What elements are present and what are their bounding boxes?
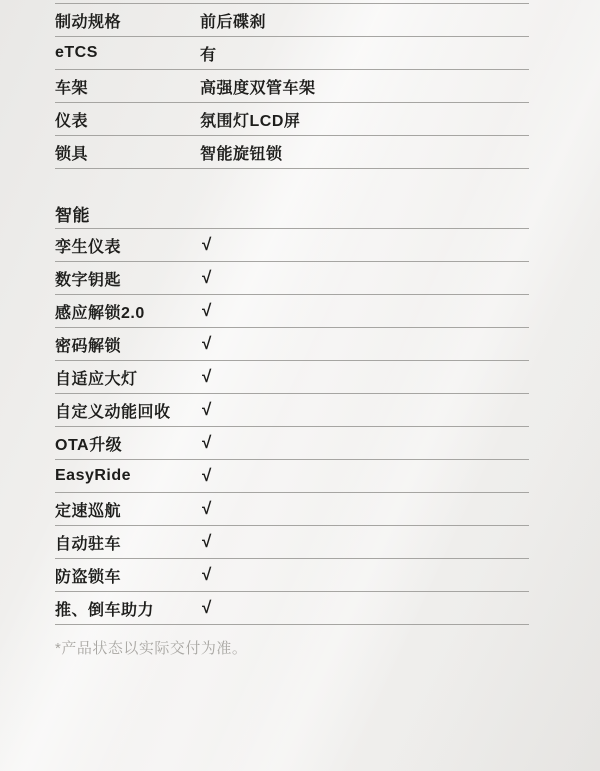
check-mark: √: [200, 268, 211, 288]
spec-row-dashboard: 仪表 氛围灯LCD屏: [55, 103, 529, 136]
check-mark: √: [200, 367, 211, 387]
check-mark: √: [200, 433, 211, 453]
smart-row-custom-regen: 自定义动能回收 √: [55, 394, 529, 427]
spec-row-frame: 车架 高强度双管车架: [55, 70, 529, 103]
feature-label: 孪生仪表: [55, 234, 200, 257]
spec-label: 车架: [55, 75, 200, 98]
feature-label: 数字钥匙: [55, 267, 200, 290]
spec-label: 锁具: [55, 141, 200, 164]
spec-row-lock: 锁具 智能旋钮锁: [55, 136, 529, 169]
smart-row-digital-key: 数字钥匙 √: [55, 262, 529, 295]
section-title-smart: 智能: [55, 204, 529, 229]
smart-row-twin-dashboard: 孪生仪表 √: [55, 229, 529, 262]
spec-sheet-page: 制动规格 前后碟刹 eTCS 有 车架 高强度双管车架 仪表 氛围灯LCD屏 锁…: [0, 0, 600, 771]
smart-row-password-unlock: 密码解锁 √: [55, 328, 529, 361]
feature-label: 自定义动能回收: [55, 399, 200, 422]
smart-row-push-reverse-assist: 推、倒车助力 √: [55, 592, 529, 625]
feature-label: 自动驻车: [55, 531, 200, 554]
check-mark: √: [200, 598, 211, 618]
feature-label: 自适应大灯: [55, 366, 200, 389]
check-mark: √: [200, 499, 211, 519]
disclaimer-note: *产品状态以实际交付为准。: [55, 638, 529, 660]
spec-value: 高强度双管车架: [200, 75, 316, 98]
smart-row-sensor-unlock: 感应解锁2.0 √: [55, 295, 529, 328]
smart-row-ota: OTA升级 √: [55, 427, 529, 460]
feature-label: 感应解锁2.0: [55, 300, 200, 323]
smart-row-easyride: EasyRide √: [55, 460, 529, 493]
spec-label: 仪表: [55, 108, 200, 131]
spec-value: 前后碟刹: [200, 9, 266, 32]
smart-row-auto-hold: 自动驻车 √: [55, 526, 529, 559]
smart-row-anti-theft: 防盗锁车 √: [55, 559, 529, 592]
check-mark: √: [200, 301, 211, 321]
spec-value: 智能旋钮锁: [200, 141, 283, 164]
check-mark: √: [200, 466, 211, 486]
check-mark: √: [200, 400, 211, 420]
spec-value: 氛围灯LCD屏: [200, 108, 300, 131]
feature-label: EasyRide: [55, 467, 200, 485]
spec-label: eTCS: [55, 44, 200, 62]
check-mark: √: [200, 565, 211, 585]
spec-content: 制动规格 前后碟刹 eTCS 有 车架 高强度双管车架 仪表 氛围灯LCD屏 锁…: [0, 0, 600, 660]
feature-label: 防盗锁车: [55, 564, 200, 587]
smart-feature-table: 孪生仪表 √ 数字钥匙 √ 感应解锁2.0 √ 密码解锁 √ 自适应大灯 √ 自…: [55, 229, 529, 625]
feature-label: 密码解锁: [55, 333, 200, 356]
general-spec-table: 制动规格 前后碟刹 eTCS 有 车架 高强度双管车架 仪表 氛围灯LCD屏 锁…: [55, 3, 529, 169]
check-mark: √: [200, 532, 211, 552]
spec-value: 有: [200, 42, 217, 65]
spec-row-brakes: 制动规格 前后碟刹: [55, 4, 529, 37]
feature-label: 定速巡航: [55, 498, 200, 521]
feature-label: OTA升级: [55, 432, 200, 455]
smart-row-cruise-control: 定速巡航 √: [55, 493, 529, 526]
check-mark: √: [200, 235, 211, 255]
feature-label: 推、倒车助力: [55, 597, 200, 620]
spec-label: 制动规格: [55, 9, 200, 32]
check-mark: √: [200, 334, 211, 354]
spec-row-etcs: eTCS 有: [55, 37, 529, 70]
smart-row-adaptive-headlight: 自适应大灯 √: [55, 361, 529, 394]
